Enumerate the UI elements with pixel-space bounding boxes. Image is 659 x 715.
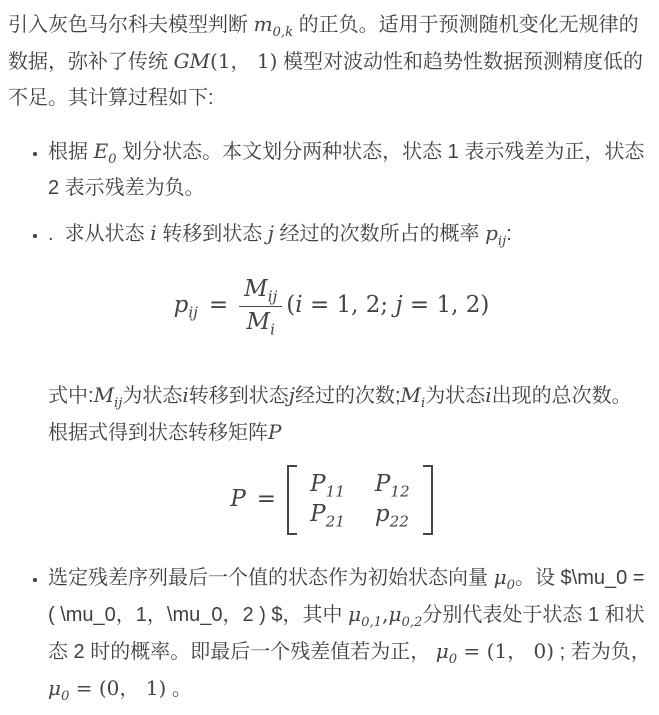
bullet3-paragraph: 选定残差序列最后一个值的状态作为初始状态向量 μ0。设 $\mu_0 = ( \… xyxy=(48,559,651,707)
math-subscript: 0 xyxy=(449,652,457,667)
math-variable: M xyxy=(247,309,271,335)
math-subscript: 0 xyxy=(108,152,116,167)
text-segment: 为状态 xyxy=(122,385,182,407)
intro-paragraph: 引入灰色马尔科夫模型判断 m0,k 的正负。适用于预测随机变化无规律的数据，弥补… xyxy=(8,6,651,116)
math-roman: = 1, 2) xyxy=(403,292,490,318)
math-variable: i xyxy=(295,292,302,318)
text-segment: 划分状态。本文划分两种状态，状态 1 表示残差为正，状态 2 表示残差为负。 xyxy=(48,141,650,199)
math-variable: p xyxy=(375,501,390,527)
text-segment: . 求从状态 xyxy=(48,223,150,245)
text-segment: 选定残差序列最后一个值的状态作为初始状态向量 xyxy=(48,567,494,589)
math-variable: P xyxy=(310,501,325,527)
equals-sign: = xyxy=(209,291,228,321)
list-item-states: 根据 E0 划分状态。本文划分两种状态，状态 1 表示残差为正，状态 2 表示残… xyxy=(48,133,651,206)
text-segment: 。 xyxy=(166,678,192,700)
math-subscript: 0,1 xyxy=(361,615,382,630)
display-formula-matrix: P = P11P12P21p22 xyxy=(48,465,651,535)
text-segment: 根据 xyxy=(48,141,94,163)
text-segment: 引入灰色马尔科夫模型判断 xyxy=(8,14,254,36)
matrix-cell-11: P11 xyxy=(310,470,345,500)
math-variable: μ xyxy=(436,639,449,663)
math-subscript: ij xyxy=(188,304,198,322)
inline-math-mu01: μ0,1 xyxy=(348,602,382,626)
inline-math-mij: Mij xyxy=(94,383,123,407)
math-variable: p xyxy=(174,292,189,318)
bullet1-paragraph: 根据 E0 划分状态。本文划分两种状态，状态 1 表示残差为正，状态 2 表示残… xyxy=(48,133,651,206)
fraction-denominator: Mi xyxy=(239,306,282,339)
math-roman: = (0， 1) xyxy=(69,676,166,700)
matrix: P11P12P21p22 xyxy=(287,465,433,535)
math-variable: μ xyxy=(494,565,507,589)
math-roman: ( xyxy=(286,292,295,318)
math-roman: (1， 1) xyxy=(210,49,277,73)
display-formula-pij: pij = MijMi (i = 1, 2; j = 1, 2) xyxy=(48,274,651,339)
math-variable: M xyxy=(94,383,114,407)
inline-math-e0: E0 xyxy=(94,139,117,163)
matrix-cell-12: P12 xyxy=(375,470,410,500)
fraction-numerator: Mij xyxy=(239,274,282,306)
matrix-cells: P11P12P21p22 xyxy=(297,465,423,535)
matrix-bracket-left xyxy=(287,465,297,535)
math-variable: μ xyxy=(348,602,361,626)
math-subscript: 0,k xyxy=(273,25,294,40)
inline-math-pij: pij xyxy=(485,221,506,245)
math-subscript: 12 xyxy=(390,482,409,500)
math-subscript: ij xyxy=(268,288,278,306)
math-variable: M xyxy=(244,276,268,302)
math-roman: = (1， 0) xyxy=(457,639,554,663)
text-segment: 经过的次数; xyxy=(295,385,401,407)
matrix-cell-22: p22 xyxy=(375,500,410,530)
inline-math-p: P xyxy=(268,420,281,444)
note-paragraph: 式中:Mij为状态i转移到状态j经过的次数;Mi为状态i出现的总次数。根据式得到… xyxy=(48,377,651,451)
matrix-cell-21: P21 xyxy=(310,500,345,530)
fraction: MijMi xyxy=(239,274,282,339)
math-variable: E xyxy=(94,139,109,163)
text-segment: 式中: xyxy=(48,385,94,407)
math-variable: μ xyxy=(48,676,61,700)
list-item-probability: . 求从状态 i 转移到状态 j 经过的次数所占的概率 pij: pij = M… xyxy=(48,215,651,535)
math-variable: μ xyxy=(388,602,401,626)
math-variable: m xyxy=(254,12,273,36)
math-subscript: 11 xyxy=(326,482,345,500)
text-segment: 为状态 xyxy=(425,385,485,407)
bullet-list: 根据 E0 划分状态。本文划分两种状态，状态 1 表示残差为正，状态 2 表示残… xyxy=(8,133,651,707)
math-subscript: 22 xyxy=(390,512,409,530)
article-body: 引入灰色马尔科夫模型判断 m0,k 的正负。适用于预测随机变化无规律的数据，弥补… xyxy=(0,0,659,715)
formula-condition: (i = 1, 2; j = 1, 2) xyxy=(286,291,489,321)
math-subscript: i xyxy=(270,320,275,338)
matrix-bracket-right xyxy=(423,465,433,535)
math-variable: P xyxy=(375,471,390,497)
math-variable: M xyxy=(401,383,421,407)
math-variable: j xyxy=(395,292,402,318)
text-segment: 转移到状态 xyxy=(157,223,268,245)
math-subscript: ij xyxy=(498,234,506,249)
math-subscript: 21 xyxy=(326,512,345,530)
inline-math-gm11: GM(1， 1) xyxy=(174,49,278,73)
math-variable: P xyxy=(310,471,325,497)
inline-math-mi: Mi xyxy=(401,383,426,407)
list-item-initial-vector: 选定残差序列最后一个值的状态作为初始状态向量 μ0。设 $\mu_0 = ( \… xyxy=(48,559,651,707)
math-subscript: 0,2 xyxy=(401,615,422,630)
equals-sign: = xyxy=(257,485,276,515)
math-subscript: 0 xyxy=(507,578,515,593)
inline-math-m0k: m0,k xyxy=(254,12,294,36)
bullet2-paragraph: . 求从状态 i 转移到状态 j 经过的次数所占的概率 pij: xyxy=(48,215,651,252)
formula-lhs: P xyxy=(230,485,245,515)
text-segment: 转移到状态 xyxy=(189,385,289,407)
text-segment: ; 若为负， xyxy=(554,641,656,663)
text-segment: 经过的次数所占的概率 xyxy=(274,223,485,245)
text-segment: : xyxy=(506,223,512,245)
inline-math-mu0-positive: μ0 = (1， 0) xyxy=(436,639,554,663)
math-variable: GM xyxy=(174,49,210,73)
math-roman: = 1, 2; xyxy=(303,292,396,318)
inline-math-mu02: μ0,2 xyxy=(388,602,422,626)
math-variable: p xyxy=(485,221,498,245)
inline-math-mu0: μ0 xyxy=(494,565,515,589)
formula-lhs: pij xyxy=(174,291,198,321)
